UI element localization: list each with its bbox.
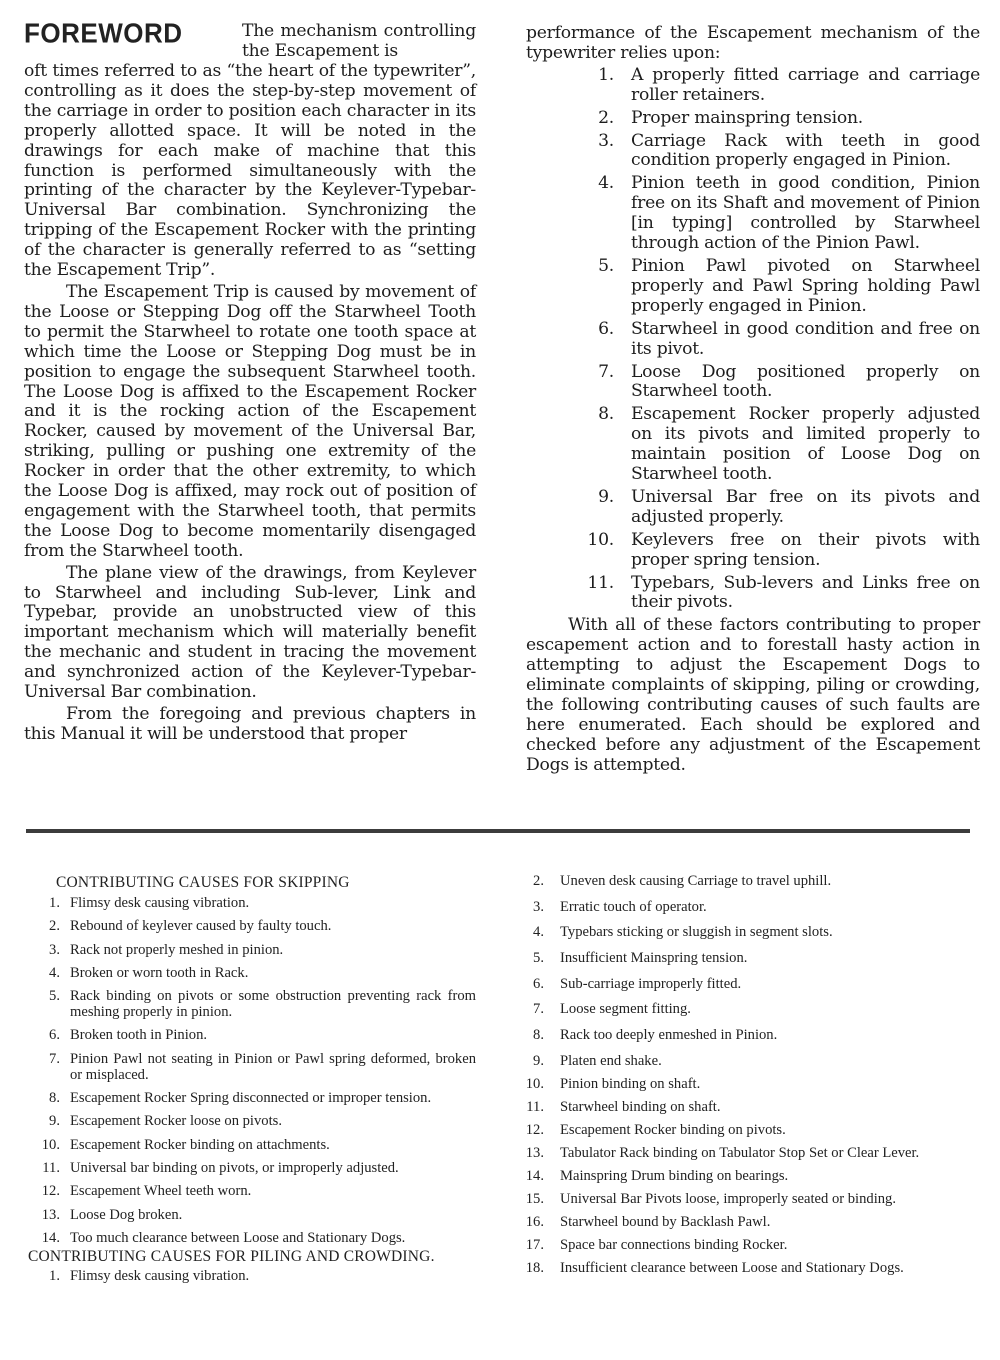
requirement-item: 8.Escapement Rocker properly adjusted on…	[526, 405, 980, 485]
item-text: Universal Bar free on its pivots and adj…	[631, 488, 980, 528]
list-item: 9.Platen end shake.	[524, 1053, 976, 1069]
section-divider	[26, 829, 970, 833]
item-number: 9.	[526, 488, 631, 528]
list-item: 6.Sub-carriage improperly fitted.	[524, 976, 976, 992]
list-item: 5.Insufficient Mainspring tension.	[524, 950, 976, 966]
foreword-right-column: performance of the Escapement mechanism …	[526, 24, 980, 776]
item-text: Starwheel in good condition and free on …	[631, 320, 980, 360]
list-item: 10.Pinion binding on shaft.	[524, 1076, 976, 1092]
list-item: 5.Rack binding on pivots or some obstruc…	[28, 988, 476, 1020]
item-text: Rack not properly meshed in pinion.	[70, 942, 476, 958]
item-number: 3.	[524, 899, 560, 915]
item-number: 1.	[28, 1268, 70, 1284]
item-text: Rack too deeply enmeshed in Pinion.	[560, 1027, 976, 1043]
item-text: Sub-carriage improperly fitted.	[560, 976, 976, 992]
list-item: 9.Escapement Rocker loose on pivots.	[28, 1113, 476, 1129]
list-item: 11.Universal bar binding on pivots, or i…	[28, 1160, 476, 1176]
item-number: 12.	[28, 1183, 70, 1199]
item-text: Escapement Rocker properly adjusted on i…	[631, 405, 980, 485]
item-number: 16.	[524, 1214, 560, 1230]
list-item: 12.Escapement Wheel teeth worn.	[28, 1183, 476, 1199]
list-item: 11.Starwheel binding on shaft.	[524, 1099, 976, 1115]
item-number: 11.	[28, 1160, 70, 1176]
skipping-list: 1.Flimsy desk causing vibration. 2.Rebou…	[28, 895, 476, 1246]
item-number: 14.	[524, 1168, 560, 1184]
item-number: 13.	[524, 1145, 560, 1161]
item-text: Broken or worn tooth in Rack.	[70, 965, 476, 981]
foreword-paragraph-1: oft times referred to as “the heart of t…	[24, 62, 476, 281]
item-number: 3.	[526, 132, 631, 172]
item-number: 4.	[526, 174, 631, 254]
item-text: Pinion binding on shaft.	[560, 1076, 976, 1092]
item-number: 15.	[524, 1191, 560, 1207]
item-number: 18.	[524, 1260, 560, 1276]
item-text: Rebound of keylever caused by faulty tou…	[70, 918, 476, 934]
item-text: Insufficient Mainspring tension.	[560, 950, 976, 966]
item-number: 12.	[524, 1122, 560, 1138]
item-number: 5.	[28, 988, 70, 1020]
requirement-item: 3.Carriage Rack with teeth in good condi…	[526, 132, 980, 172]
list-item: 8.Rack too deeply enmeshed in Pinion.	[524, 1027, 976, 1043]
foreword-title: FOREWORD	[24, 24, 183, 45]
item-text: Rack binding on pivots or some obstructi…	[70, 988, 476, 1020]
item-text: Platen end shake.	[560, 1053, 976, 1069]
item-number: 10.	[524, 1076, 560, 1092]
requirement-item: 7.Loose Dog positioned properly on Starw…	[526, 363, 980, 403]
item-text: Pinion Pawl pivoted on Starwheel properl…	[631, 257, 980, 317]
list-item: 17.Space bar connections binding Rocker.	[524, 1237, 976, 1253]
list-item: 3.Erratic touch of operator.	[524, 899, 976, 915]
piling-heading: CONTRIBUTING CAUSES FOR PILING AND CROWD…	[28, 1249, 476, 1264]
piling-list-part-2: 2.Uneven desk causing Carriage to travel…	[524, 873, 976, 1276]
item-number: 5.	[526, 257, 631, 317]
item-number: 7.	[526, 363, 631, 403]
foreword-heading-row: FOREWORD The mechanism controlling the E…	[24, 22, 476, 62]
closing-paragraph: With all of these factors contributing t…	[526, 616, 980, 775]
item-number: 14.	[28, 1230, 70, 1246]
item-number: 9.	[524, 1053, 560, 1069]
item-number: 2.	[28, 918, 70, 934]
list-item: 7.Pinion Pawl not seating in Pinion or P…	[28, 1051, 476, 1083]
item-number: 13.	[28, 1207, 70, 1223]
item-number: 6.	[28, 1027, 70, 1043]
requirement-item: 10.Keylevers free on their pivots with p…	[526, 531, 980, 571]
item-text: Flimsy desk causing vibration.	[70, 1268, 476, 1284]
item-number: 10.	[28, 1137, 70, 1153]
list-item: 14.Too much clearance between Loose and …	[28, 1230, 476, 1246]
item-number: 10.	[526, 531, 631, 571]
item-number: 5.	[524, 950, 560, 966]
requirement-item: 11.Typebars, Sub-levers and Links free o…	[526, 574, 980, 614]
requirement-item: 4.Pinion teeth in good condition, Pinion…	[526, 174, 980, 254]
item-text: Starwheel binding on shaft.	[560, 1099, 976, 1115]
item-text: Erratic touch of operator.	[560, 899, 976, 915]
item-text: Broken tooth in Pinion.	[70, 1027, 476, 1043]
item-text: Universal Bar Pivots loose, improperly s…	[560, 1191, 976, 1207]
item-number: 9.	[28, 1113, 70, 1129]
item-text: Starwheel bound by Backlash Pawl.	[560, 1214, 976, 1230]
item-number: 11.	[526, 574, 631, 614]
item-text: Too much clearance between Loose and Sta…	[70, 1230, 476, 1246]
list-item: 2.Uneven desk causing Carriage to travel…	[524, 873, 976, 889]
foreword-lead-text: The mechanism controlling the Escapement…	[242, 22, 476, 62]
item-text: Escapement Wheel teeth worn.	[70, 1183, 476, 1199]
causes-right-column: 2.Uneven desk causing Carriage to travel…	[524, 873, 976, 1286]
foreword-paragraph-4: From the foregoing and previous chapters…	[24, 705, 476, 745]
item-number: 4.	[28, 965, 70, 981]
list-item: 2.Rebound of keylever caused by faulty t…	[28, 918, 476, 934]
requirements-intro: performance of the Escapement mechanism …	[526, 24, 980, 64]
requirement-item: 1.A properly fitted carriage and carriag…	[526, 66, 980, 106]
list-item: 18.Insufficient clearance between Loose …	[524, 1260, 976, 1276]
item-text: Keylevers free on their pivots with prop…	[631, 531, 980, 571]
item-text: Loose Dog positioned properly on Starwhe…	[631, 363, 980, 403]
item-text: Carriage Rack with teeth in good conditi…	[631, 132, 980, 172]
piling-list-part-1: 1.Flimsy desk causing vibration.	[28, 1268, 476, 1284]
item-text: A properly fitted carriage and carriage …	[631, 66, 980, 106]
item-text: Escapement Rocker binding on attachments…	[70, 1137, 476, 1153]
item-text: Escapement Rocker binding on pivots.	[560, 1122, 976, 1138]
item-number: 17.	[524, 1237, 560, 1253]
item-text: Loose Dog broken.	[70, 1207, 476, 1223]
item-text: Flimsy desk causing vibration.	[70, 895, 476, 911]
foreword-paragraph-3: The plane view of the drawings, from Key…	[24, 564, 476, 703]
item-number: 1.	[28, 895, 70, 911]
item-number: 7.	[524, 1001, 560, 1017]
list-item: 14.Mainspring Drum binding on bearings.	[524, 1168, 976, 1184]
requirement-item: 5.Pinion Pawl pivoted on Starwheel prope…	[526, 257, 980, 317]
list-item: 7.Loose segment fitting.	[524, 1001, 976, 1017]
item-number: 8.	[526, 405, 631, 485]
list-item: 13.Loose Dog broken.	[28, 1207, 476, 1223]
item-text: Escapement Rocker Spring disconnected or…	[70, 1090, 476, 1106]
item-number: 2.	[526, 109, 631, 129]
list-item: 8.Escapement Rocker Spring disconnected …	[28, 1090, 476, 1106]
list-item: 12.Escapement Rocker binding on pivots.	[524, 1122, 976, 1138]
item-text: Proper mainspring tension.	[631, 109, 980, 129]
list-item: 4.Typebars sticking or sluggish in segme…	[524, 924, 976, 940]
item-number: 8.	[28, 1090, 70, 1106]
item-number: 1.	[526, 66, 631, 106]
list-item: 1.Flimsy desk causing vibration.	[28, 895, 476, 911]
item-number: 6.	[526, 320, 631, 360]
list-item: 16.Starwheel bound by Backlash Pawl.	[524, 1214, 976, 1230]
list-item: 15.Universal Bar Pivots loose, improperl…	[524, 1191, 976, 1207]
item-text: Typebars sticking or sluggish in segment…	[560, 924, 976, 940]
item-number: 2.	[524, 873, 560, 889]
item-text: Pinion Pawl not seating in Pinion or Paw…	[70, 1051, 476, 1083]
item-text: Escapement Rocker loose on pivots.	[70, 1113, 476, 1129]
requirements-list: 1.A properly fitted carriage and carriag…	[526, 66, 980, 614]
list-item: 6.Broken tooth in Pinion.	[28, 1027, 476, 1043]
item-number: 8.	[524, 1027, 560, 1043]
list-item: 13.Tabulator Rack binding on Tabulator S…	[524, 1145, 976, 1161]
item-number: 3.	[28, 942, 70, 958]
list-item: 10.Escapement Rocker binding on attachme…	[28, 1137, 476, 1153]
foreword-paragraph-2: The Escapement Trip is caused by movemen…	[24, 283, 476, 562]
requirement-item: 6.Starwheel in good condition and free o…	[526, 320, 980, 360]
item-number: 7.	[28, 1051, 70, 1083]
skipping-heading: CONTRIBUTING CAUSES FOR SKIPPING	[56, 875, 476, 891]
item-text: Loose segment fitting.	[560, 1001, 976, 1017]
item-text: Insufficient clearance between Loose and…	[560, 1260, 976, 1276]
list-item: 1.Flimsy desk causing vibration.	[28, 1268, 476, 1284]
item-text: Typebars, Sub-levers and Links free on t…	[631, 574, 980, 614]
item-text: Universal bar binding on pivots, or impr…	[70, 1160, 476, 1176]
list-item: 3.Rack not properly meshed in pinion.	[28, 942, 476, 958]
causes-left-column: CONTRIBUTING CAUSES FOR SKIPPING 1.Flims…	[28, 873, 476, 1291]
item-number: 4.	[524, 924, 560, 940]
item-text: Tabulator Rack binding on Tabulator Stop…	[560, 1145, 976, 1161]
list-item: 4.Broken or worn tooth in Rack.	[28, 965, 476, 981]
item-number: 6.	[524, 976, 560, 992]
item-text: Space bar connections binding Rocker.	[560, 1237, 976, 1253]
foreword-left-column: FOREWORD The mechanism controlling the E…	[24, 22, 476, 745]
item-text: Pinion teeth in good condition, Pinion f…	[631, 174, 980, 254]
item-text: Mainspring Drum binding on bearings.	[560, 1168, 976, 1184]
requirement-item: 2.Proper mainspring tension.	[526, 109, 980, 129]
item-text: Uneven desk causing Carriage to travel u…	[560, 873, 976, 889]
item-number: 11.	[524, 1099, 560, 1115]
requirement-item: 9.Universal Bar free on its pivots and a…	[526, 488, 980, 528]
